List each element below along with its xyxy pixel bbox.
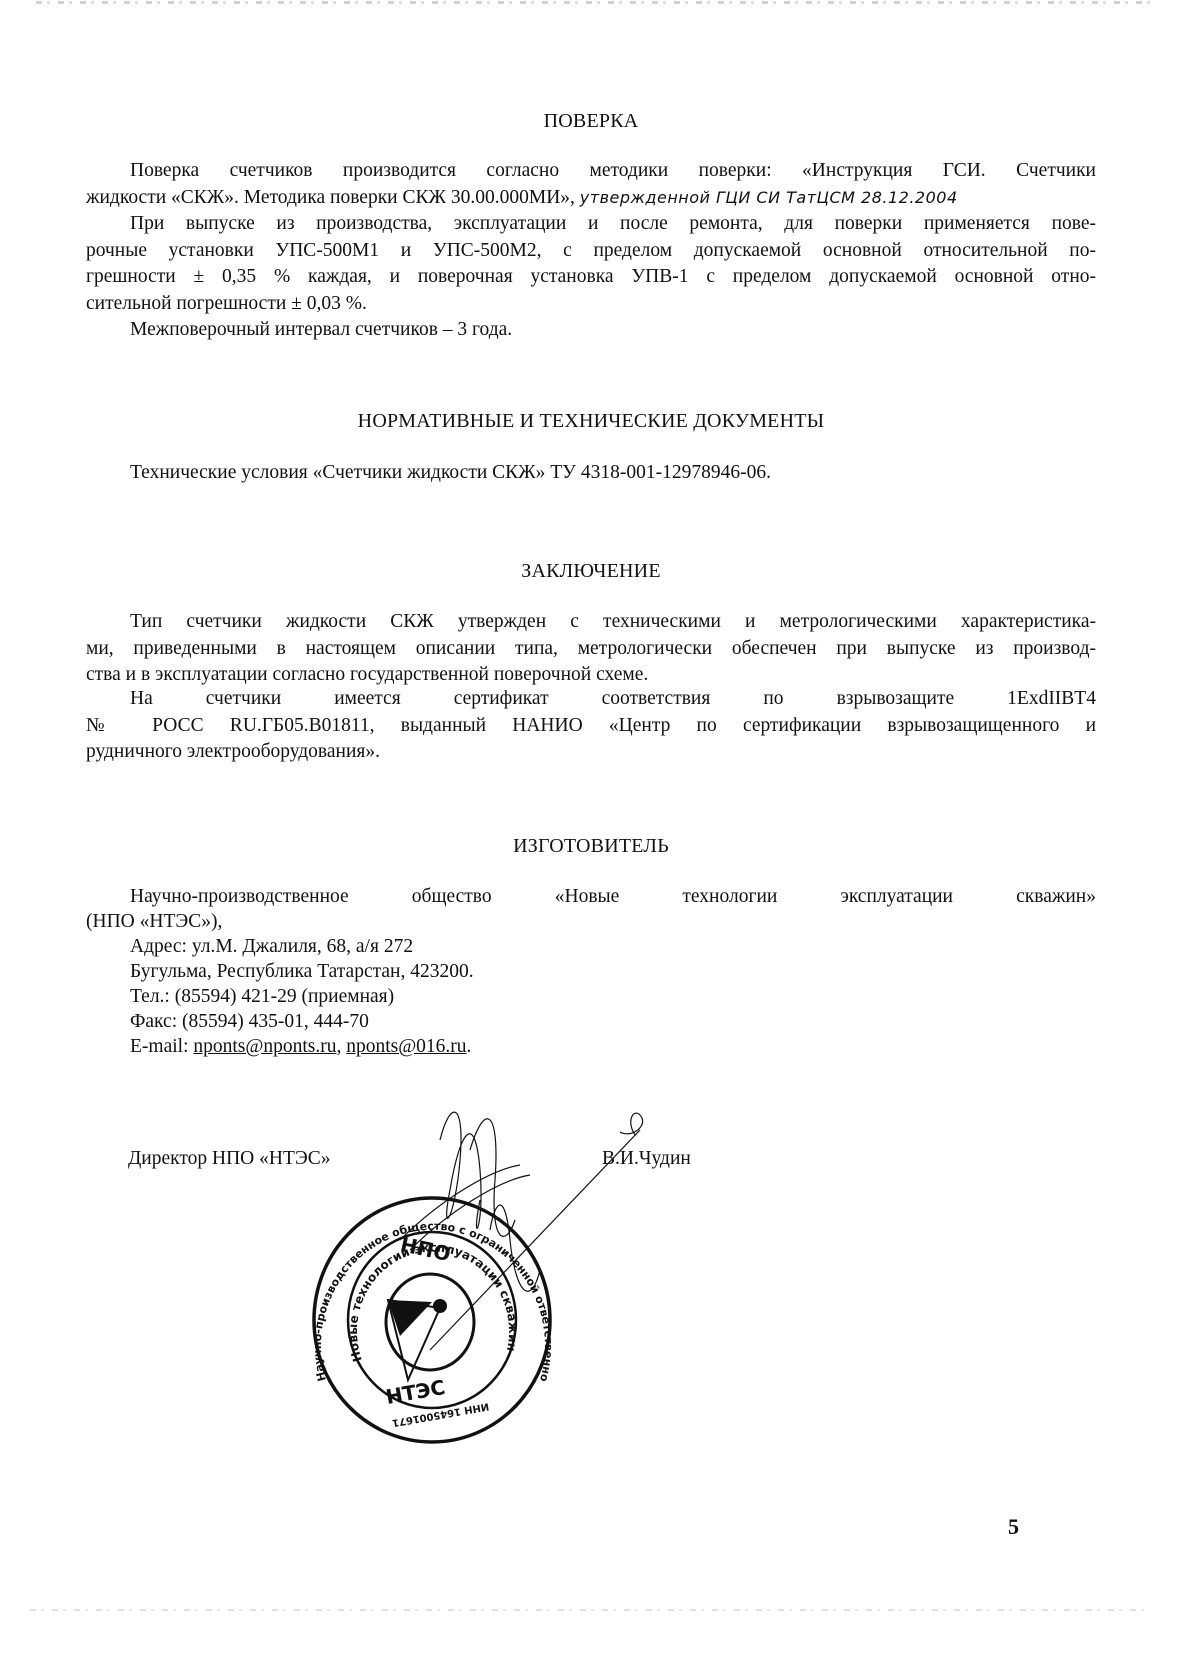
word: имеется [334,686,400,713]
verification-paragraph-1: Поверка счетчиков производится согласно … [86,158,1096,211]
word: технологии [682,884,777,909]
email-end: . [467,1036,472,1057]
manufacturer-block: Научно-производственное общество «Новые … [86,884,1096,1059]
section-title-normative-docs: НОРМАТИВНЫЕ И ТЕХНИЧЕСКИЕ ДОКУМЕНТЫ [86,410,1096,433]
manufacturer-email-line: E-mail: nponts@nponts.ru, nponts@016.ru. [86,1034,1096,1059]
conclusion-p1-line1: Тип счетчики жидкости СКЖ утвержден с те… [86,609,1096,636]
normative-docs-paragraph: Технические условия «Счетчики жидкости С… [86,460,1140,487]
scan-artifact-bottom [30,1609,1150,1611]
svg-text:НТЭС: НТЭС [384,1375,447,1409]
conclusion-paragraph-1: Тип счетчики жидкости СКЖ утвержден с те… [86,609,1096,689]
email-separator: , [336,1036,346,1057]
word: сертификат [454,686,549,713]
word: На [130,686,153,713]
email-link-1[interactable]: nponts@nponts.ru [193,1036,336,1057]
handwritten-approval-note: утвержденной ГЦИ СИ ТатЦСМ 28.12.2004 [580,188,958,207]
email-label: E-mail: [130,1036,193,1057]
word: по [763,686,783,713]
verification-interval: Межповерочный интервал счетчиков – 3 год… [86,317,1140,344]
email-link-2[interactable]: nponts@016.ru [346,1036,466,1057]
verification-p2-line2: рочные установки УПС-500М1 и УПС-500М2, … [86,238,1096,265]
conclusion-p2-line3: рудничного электрооборудования». [86,739,1096,766]
verification-p1-line2: жидкости «СКЖ». Методика поверки СКЖ 30.… [86,185,1096,212]
conclusion-p2-line2: № РОСС RU.ГБ05.В01811, выданный НАНИО «Ц… [86,713,1096,740]
word: общество [412,884,492,909]
manufacturer-phone: Тел.: (85594) 421-29 (приемная) [86,984,1096,1009]
verification-paragraph-2: При выпуске из производства, эксплуатаци… [86,211,1096,317]
conclusion-p1-line3: ства и в эксплуатации согласно государст… [86,662,1096,689]
manufacturer-fax: Факс: (85594) 435-01, 444-70 [86,1009,1096,1034]
manufacturer-name-line1: Научно-производственное общество «Новые … [86,884,1096,909]
section-title-verification: ПОВЕРКА [86,110,1096,133]
word: скважин» [1016,884,1096,909]
word: соответствия [602,686,711,713]
manufacturer-city: Бугульма, Республика Татарстан, 423200. [86,959,1096,984]
manufacturer-name-line2: (НПО «НТЭС»), [86,909,1096,934]
signatory-position: Директор НПО «НТЭС» [128,1148,331,1170]
verification-p2-line3: грешности ± 0,35 % каждая, и поверочная … [86,264,1096,291]
verification-p2-line4: сительной погрешности ± 0,03 %. [86,291,1096,318]
conclusion-p2-line1: На счетчики имеется сертификат соответст… [86,686,1096,713]
section-title-manufacturer: ИЗГОТОВИТЕЛЬ [86,835,1096,858]
word: эксплуатации [840,884,953,909]
page-number: 5 [1008,1514,1019,1540]
word: взрывозащите [837,686,955,713]
company-stamp: Научно-производственное общество с огран… [290,1080,710,1480]
word: счетчики [206,686,281,713]
certificate-marking: 1ExdIIBT4 [1007,686,1096,713]
conclusion-p1-line2: ми, приведенными в настоящем описании ти… [86,636,1096,663]
method-reference-printed: жидкости «СКЖ». Методика поверки СКЖ 30.… [86,187,575,208]
signatory-name: В.И.Чудин [602,1148,691,1170]
word: Научно-производственное [130,884,349,909]
word: «Новые [555,884,620,909]
verification-p2-line1: При выпуске из производства, эксплуатаци… [86,211,1096,238]
svg-text:НПО: НПО [398,1232,452,1266]
scan-artifact-top [36,1,1156,4]
verification-p1-line1: Поверка счетчиков производится согласно … [86,158,1096,185]
stamp-seal-icon: Научно-производственное общество с огран… [290,1080,710,1480]
section-title-conclusion: ЗАКЛЮЧЕНИЕ [86,560,1096,583]
conclusion-paragraph-2: На счетчики имеется сертификат соответст… [86,686,1096,766]
manufacturer-address: Адрес: ул.М. Джалиля, 68, а/я 272 [86,934,1096,959]
